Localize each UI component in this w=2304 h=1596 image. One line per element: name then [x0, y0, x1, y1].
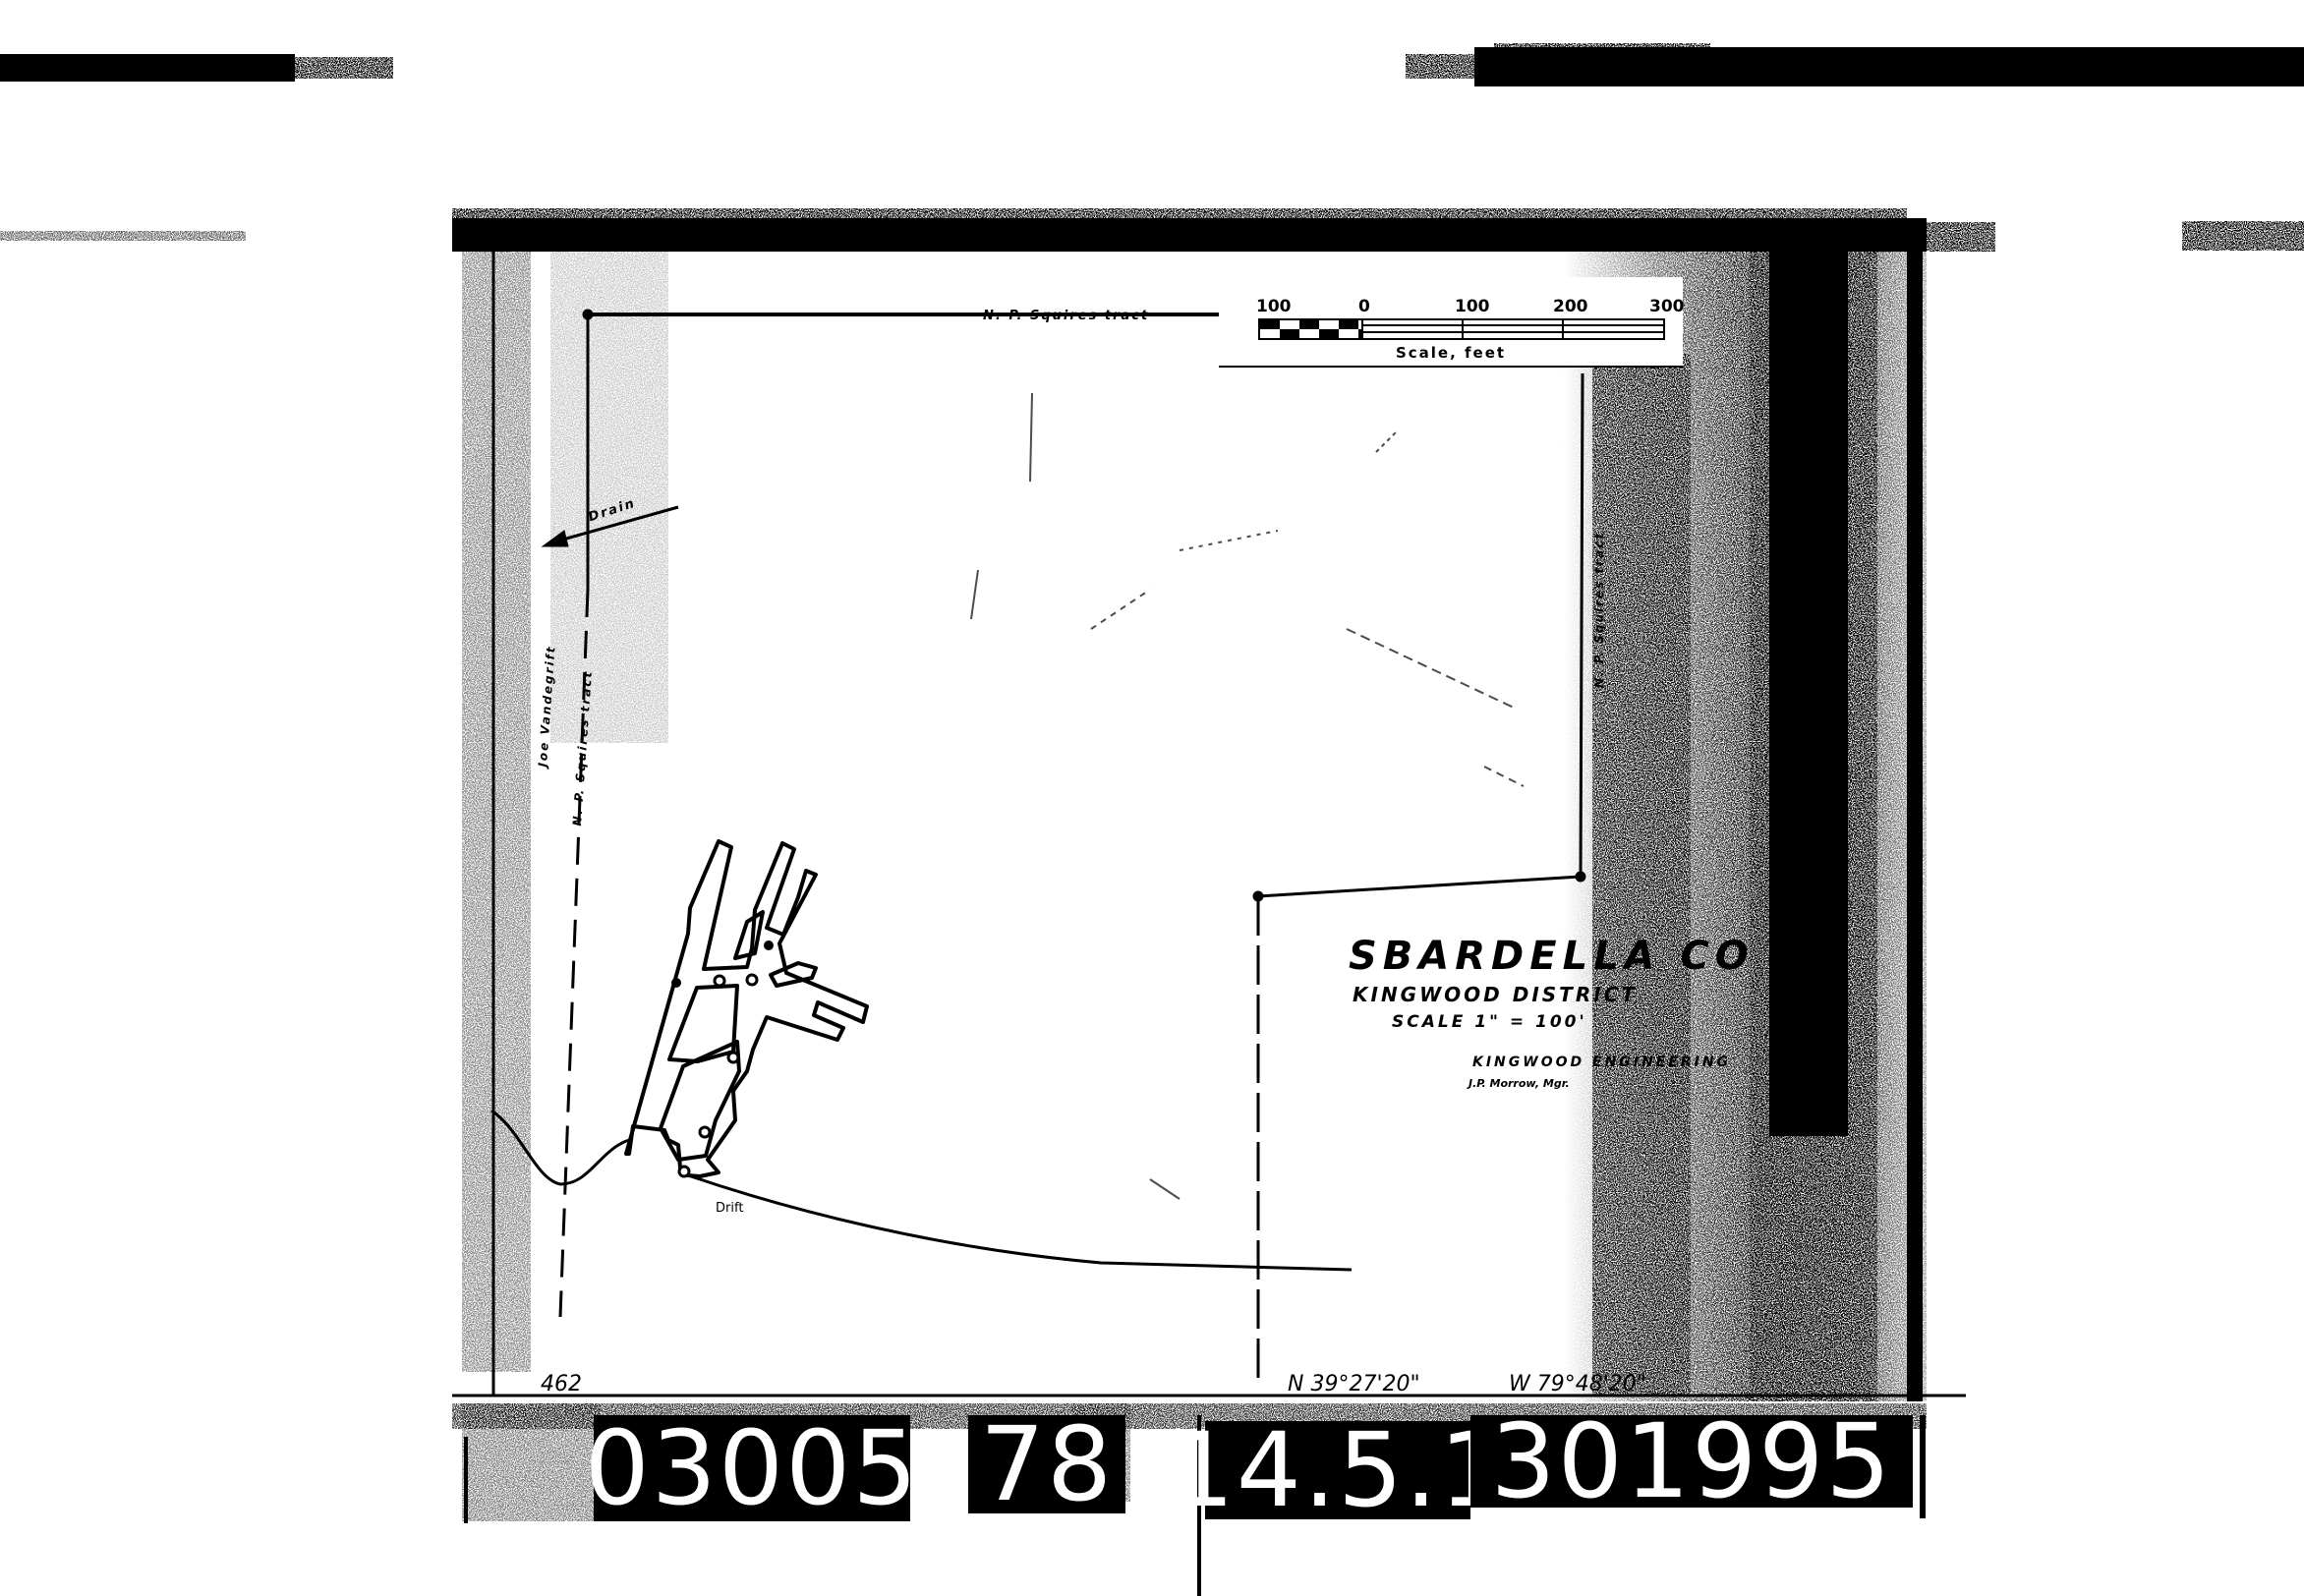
latitude-text: N 39°27'20"	[1288, 1372, 1420, 1396]
map-engineer-detail: J.P. Morrow, Mgr.	[1469, 1077, 1570, 1090]
label-top-tract: N. P. Squires tract	[983, 309, 1149, 323]
faint-sketch-marks	[971, 393, 1524, 1199]
scale-caption: Scale, feet	[1219, 344, 1683, 362]
scale-tick: 200	[1553, 297, 1588, 316]
mine-map-drawing	[0, 0, 2304, 1596]
map-scale-text: SCALE 1" = 100'	[1392, 1012, 1587, 1032]
scale-tick: 300	[1649, 297, 1685, 316]
map-engineer: KINGWOOD ENGINEERING	[1472, 1054, 1731, 1070]
map-frame-top-band	[452, 208, 1995, 252]
outcrop-line	[491, 1111, 1352, 1270]
scale-bar-graphic	[1258, 318, 1665, 340]
longitude-text: W 79°48'20"	[1509, 1372, 1646, 1396]
film-stamp-right-code: 14.5.1	[1205, 1421, 1470, 1519]
scale-tick: 100	[1455, 297, 1490, 316]
scale-tick: 0	[1358, 297, 1370, 316]
sheet-number: 462	[541, 1372, 582, 1396]
film-stamp-right-number: 301995	[1470, 1415, 1913, 1508]
film-stamp-left-suffix: 78	[968, 1415, 1125, 1513]
scan-shadow-region	[1563, 252, 1927, 1401]
mine-workings	[626, 841, 867, 1176]
map-district: KINGWOOD DISTRICT	[1353, 983, 1638, 1006]
label-right-tract: N. P. Squires tract	[1592, 532, 1606, 688]
scale-bar: 100 0 100 200 300 Scale, feet	[1219, 277, 1683, 368]
scale-tick: 100	[1256, 297, 1292, 316]
label-drift: Drift	[716, 1201, 743, 1216]
film-stamp-left-number: 03005	[594, 1415, 910, 1521]
map-title: SBARDELLA CO	[1349, 934, 1755, 979]
